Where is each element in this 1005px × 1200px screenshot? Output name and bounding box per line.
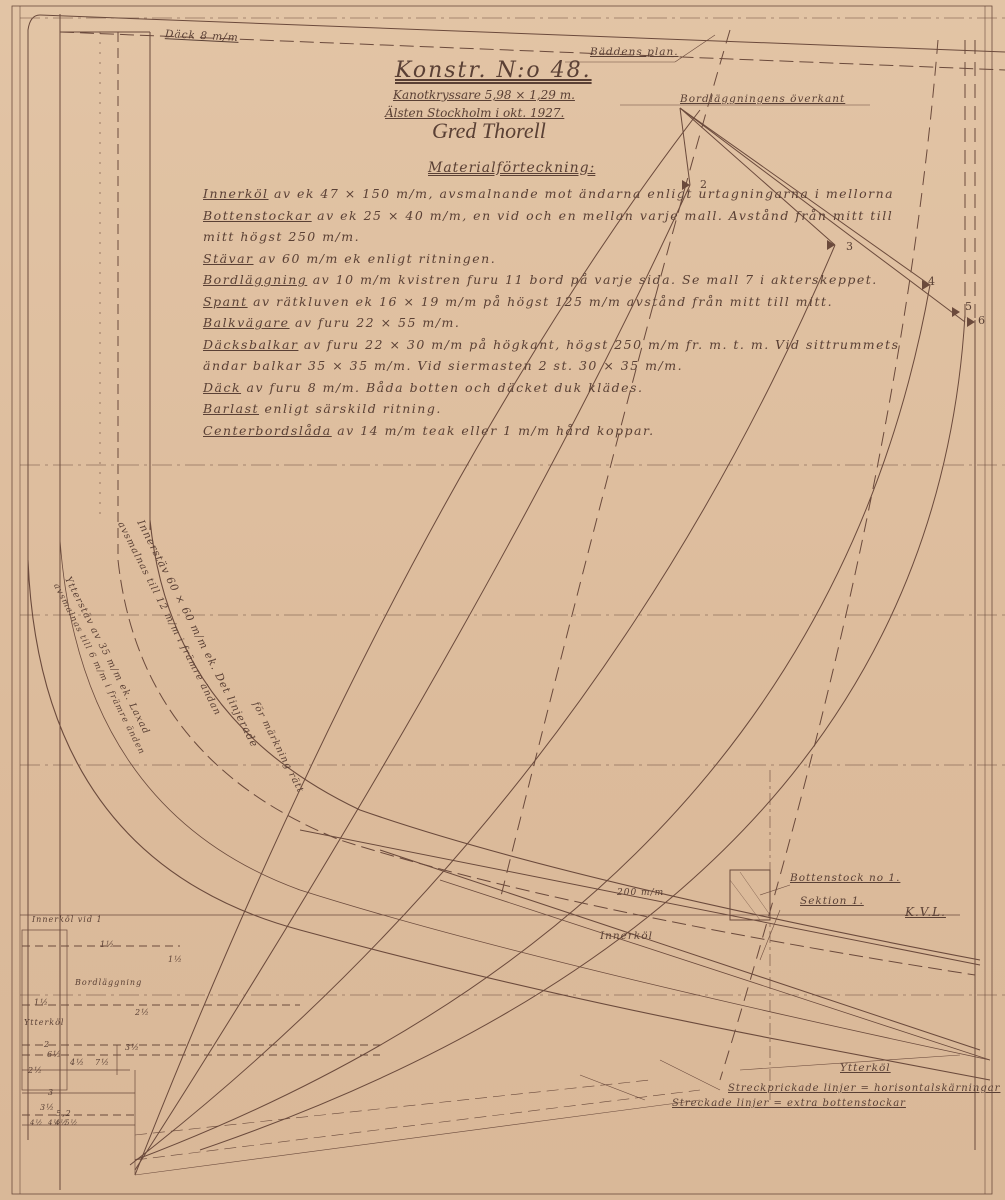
dimension-200: 200 m/m — [617, 888, 664, 898]
detail-value: 3½ — [125, 1043, 140, 1052]
detail-value: 5,2 — [56, 1109, 72, 1118]
material-item: Centerbordslåda av 14 m/m teak eller 1 m… — [203, 423, 899, 445]
detail-value: 2½ — [28, 1066, 43, 1075]
detail-value: 4½ — [30, 1119, 43, 1127]
material-item: Stävar av 60 m/m ek enligt ritningen. — [203, 251, 899, 273]
detail-value: 1½ — [100, 940, 115, 949]
floor-no1-label: Bottenstock no 1. — [790, 872, 900, 884]
outer-keel-detail-label: Ytterköl — [24, 1018, 65, 1027]
detail-value: 2½ — [135, 1008, 150, 1017]
detail-value: 1½ — [34, 998, 49, 1007]
outer-keel-label: Ytterköl — [840, 1062, 891, 1074]
detail-value: 3½ — [40, 1103, 55, 1112]
stem-plan-label: Bäddens plan. — [590, 46, 679, 58]
inner-keel-detail-label: Innerköl vid 1 — [32, 915, 103, 924]
construction-drawing — [0, 0, 1005, 1200]
construction-number: Konstr. N:o 48. — [395, 58, 592, 83]
material-item: Balkvägare av furu 22 × 55 m/m. — [203, 315, 899, 337]
station-number-3: 3 — [846, 240, 853, 253]
detail-value: 3 — [48, 1088, 54, 1097]
material-item: Innerköl av ek 47 × 150 m/m, avsmalnande… — [203, 186, 899, 208]
sheer-line-label: Bordläggningens överkant — [680, 93, 845, 105]
material-item: Bottenstockar av ek 25 × 40 m/m, en vid … — [203, 208, 899, 230]
material-list: Innerköl av ek 47 × 150 m/m, avsmalnande… — [203, 186, 899, 444]
station-number-5: 5 — [965, 300, 972, 313]
detail-value: 7½ — [95, 1058, 110, 1067]
detail-value: 2 — [44, 1040, 50, 1049]
lwl-label: K.V.L. — [905, 905, 946, 919]
material-item: Spant av rätkluven ek 16 × 19 m/m på hög… — [203, 294, 899, 316]
section-1-label: Sektion 1. — [800, 895, 864, 907]
detail-value: 5½ — [65, 1119, 78, 1127]
inner-keel-label: Innerköl — [600, 930, 653, 942]
signature: Gred Thorell — [432, 118, 546, 144]
material-item: Däcksbalkar av furu 22 × 30 m/m på högka… — [203, 337, 899, 359]
vessel-name: Kanotkryssare 5,98 × 1,29 m. — [393, 88, 575, 102]
material-list-heading: Materialförteckning: — [428, 160, 595, 176]
material-item: Bordläggning av 10 m/m kvistren furu 11 … — [203, 272, 899, 294]
material-item: mitt högst 250 m/m. — [203, 229, 899, 251]
material-item: Barlast enligt särskild ritning. — [203, 401, 899, 423]
station-number-6: 6 — [978, 314, 985, 327]
legend-dashed: Streckade linjer = extra bottenstockar — [672, 1098, 906, 1109]
legend-dash-dot: Streckprickade linjer = horisontalskärni… — [728, 1083, 1000, 1094]
material-item: Däck av furu 8 m/m. Båda botten och däck… — [203, 380, 899, 402]
station-number-4: 4 — [928, 275, 935, 288]
detail-value: 1½ — [168, 955, 183, 964]
planking-detail-label: Bordläggning — [75, 978, 142, 987]
material-item: ändar balkar 35 × 35 m/m. Vid siermasten… — [203, 358, 899, 380]
detail-value: 4½ — [70, 1058, 85, 1067]
floor-no1-box — [730, 870, 770, 920]
detail-value: 6½ — [47, 1050, 62, 1059]
stem-outer-line — [28, 15, 40, 1140]
station-number-2: 2 — [700, 178, 707, 191]
